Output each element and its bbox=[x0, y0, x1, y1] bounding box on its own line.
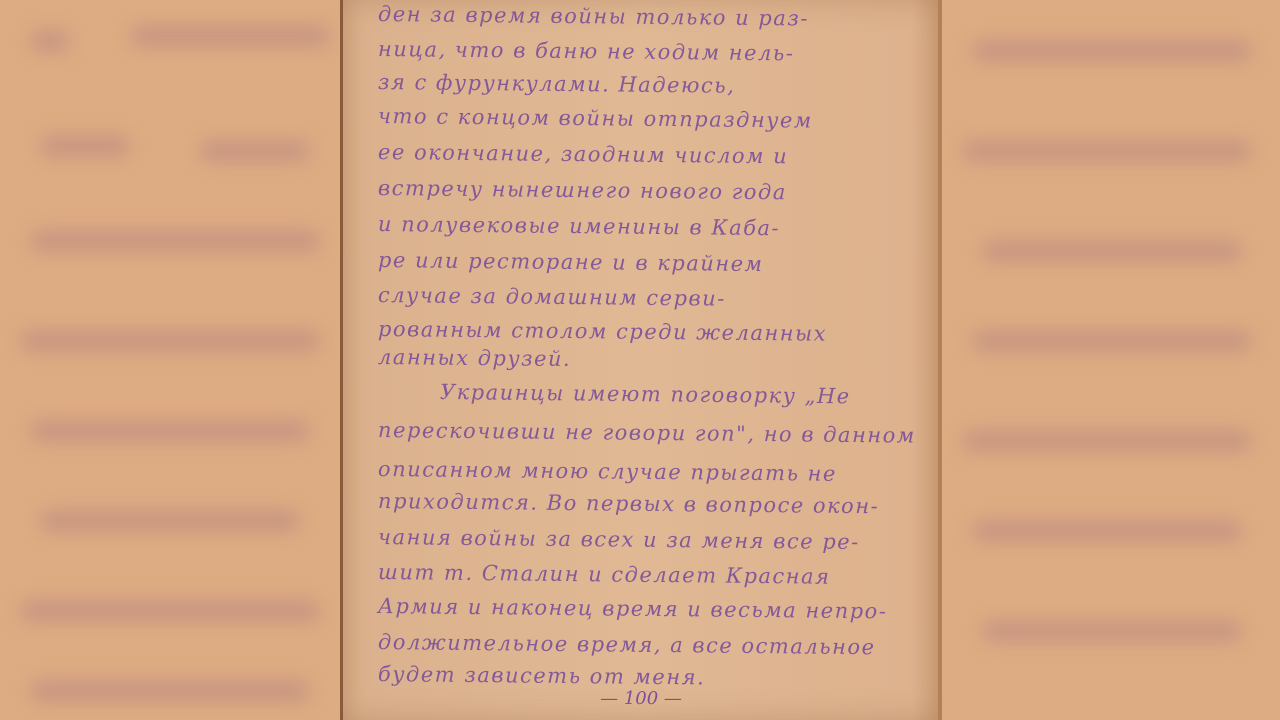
manuscript-line: ница, что в баню не ходим нель- bbox=[378, 37, 918, 67]
blurred-ink bbox=[200, 140, 310, 162]
page-edge bbox=[938, 0, 942, 720]
blurred-ink bbox=[30, 420, 310, 442]
page-number: — 100 — bbox=[340, 688, 942, 709]
blurred-ink bbox=[20, 330, 320, 352]
manuscript-line: встречу нынешнего нового года bbox=[378, 176, 918, 206]
blurred-ink bbox=[30, 230, 320, 252]
blurred-ink bbox=[40, 510, 300, 532]
blurred-ink bbox=[20, 600, 320, 622]
manuscript-page: ден за время войны только и раз- ница, ч… bbox=[340, 0, 942, 720]
manuscript-line: случае за домашним серви- bbox=[378, 283, 918, 313]
page-edge bbox=[340, 0, 343, 720]
manuscript-line: чания войны за всех и за меня все ре- bbox=[378, 525, 918, 555]
manuscript-line: должительное время, а все остальное bbox=[378, 630, 918, 660]
manuscript-line: Украинцы имеют поговорку „Не bbox=[440, 380, 980, 410]
blurred-ink bbox=[30, 680, 310, 702]
manuscript-line: рованным столом среди желанных bbox=[378, 317, 918, 347]
blurred-ink bbox=[30, 30, 70, 52]
blurred-ink bbox=[982, 240, 1242, 262]
blurred-ink bbox=[982, 620, 1242, 642]
blurred-ink bbox=[972, 40, 1252, 62]
manuscript-line: ре или ресторане и в крайнем bbox=[378, 248, 918, 278]
manuscript-line: что с концом войны отпразднуем bbox=[378, 104, 918, 134]
manuscript-line: ден за время войны только и раз- bbox=[378, 2, 918, 32]
manuscript-line: зя с фурункулами. Надеюсь, bbox=[378, 70, 918, 100]
blurred-ink bbox=[972, 330, 1252, 352]
blurred-ink bbox=[962, 140, 1252, 162]
manuscript-line: и полувековые именины в Каба- bbox=[378, 212, 918, 242]
manuscript-line: ланных друзей. bbox=[378, 345, 918, 375]
manuscript-line: описанном мною случае прыгать не bbox=[378, 457, 918, 487]
blurred-ink bbox=[972, 520, 1242, 542]
blurred-ink bbox=[130, 25, 330, 47]
manuscript-line: шит т. Сталин и сделает Красная bbox=[378, 560, 918, 590]
blurred-background-left bbox=[0, 0, 340, 720]
manuscript-line: ее окончание, заодним числом и bbox=[378, 140, 918, 170]
manuscript-line: перескочивши не говори гоп", но в данном bbox=[378, 418, 918, 448]
blurred-background-right bbox=[942, 0, 1280, 720]
manuscript-line: приходится. Во первых в вопросе окон- bbox=[378, 489, 918, 519]
blurred-ink bbox=[40, 135, 130, 157]
blurred-ink bbox=[962, 430, 1252, 452]
manuscript-line: Армия и наконец время и весьма непро- bbox=[378, 594, 918, 624]
